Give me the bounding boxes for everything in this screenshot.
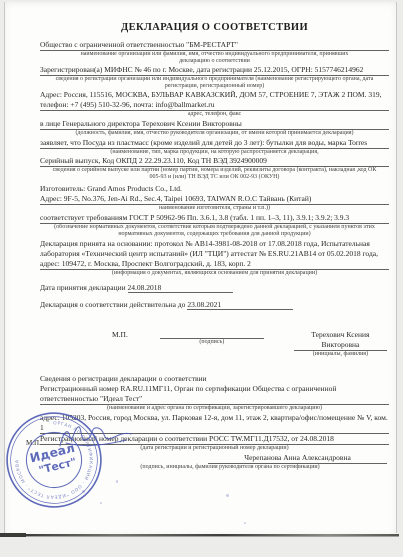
cert-org-value: Регистрационный номер RA.RU.11МГ11, Орга… [40, 384, 389, 405]
field-cert-org: Регистрационный номер RA.RU.11МГ11, Орга… [40, 384, 389, 412]
document-page: ДЕКЛАРАЦИЯ О СООТВЕТСТВИИ Общество с огр… [4, 2, 397, 536]
scan-edge-right [396, 2, 397, 533]
reg-section-heading: Сведения о регистрации декларации о соот… [40, 374, 389, 384]
field-product: заявляет, что Посуда из пластмасс (кроме… [40, 138, 389, 156]
address-value: Адрес: Россия, 115516, МОСКВА, БУЛЬВАР К… [40, 90, 389, 111]
signature-row: М.П. (подпись) Терехович Ксения Викторов… [40, 330, 389, 359]
serial-caption: сведения о серийном выпуске или партии (… [50, 167, 380, 180]
signature-field: (подпись) [160, 330, 264, 347]
scan-edge-corner [0, 533, 26, 537]
signature-caption: (подпись) [160, 339, 264, 346]
applicant-caption: наименование организации или фамилия, им… [74, 51, 356, 64]
field-standards: соответствует требованиям ГОСТ Р 50962-9… [40, 213, 389, 237]
field-applicant: Общество с ограниченной ответственностью… [40, 40, 389, 64]
signature-line [160, 330, 264, 339]
manufacturer-line1: Изготовитель: Grand Amos Products Co., L… [40, 184, 389, 194]
signer-name: Терехович Ксения Викторовна [294, 330, 387, 351]
basis-caption: (информация о документах, являющихся осн… [50, 270, 380, 277]
standards-caption: (обозначение нормативных документов, соо… [50, 224, 380, 237]
ink-speck [226, 494, 229, 497]
field-serial: Серийный выпуск, Код ОКПД 2 22.29.23.110… [40, 156, 389, 180]
registration-caption: сведения о регистрации организации или и… [50, 76, 380, 89]
serial-value: Серийный выпуск, Код ОКПД 2 22.29.23.110… [40, 156, 389, 167]
field-registration: Зарегистрирован(а) МИФНС № 46 по г. Моск… [40, 65, 389, 89]
manufacturer-caption: наименование изготовителя, страны и т.п.… [50, 205, 380, 212]
scan-edge-bottom-shadow [6, 536, 399, 537]
director-caption: (должность, фамилия, имя, отчество руков… [50, 130, 380, 137]
registration-value: Зарегистрирован(а) МИФНС № 46 по г. Моск… [40, 65, 389, 76]
field-basis: Декларация принята на основании: протоко… [40, 239, 389, 277]
validity-value: 23.08.2021 [187, 300, 293, 310]
validity-label: Декларация о соответствии действительна … [40, 300, 185, 309]
ink-speck [100, 502, 102, 504]
ink-speck [244, 522, 246, 524]
validity-row: Декларация о соответствии действительна … [40, 300, 389, 310]
adoption-date-value: 24.08.2018 [128, 283, 234, 293]
director-value: в лице Генерального директора Терехович … [40, 119, 389, 130]
adoption-date-row: Дата принятия декларации 24.08.2018 [40, 283, 389, 293]
cert-head-caption: (подпись, инициалы, фамилия руководителя… [100, 464, 360, 471]
field-address: Адрес: Россия, 115516, МОСКВА, БУЛЬВАР К… [40, 90, 389, 118]
scan-edge-left [4, 2, 5, 533]
product-caption: (наименование, тип, марка продукции, на … [50, 149, 380, 156]
product-value: заявляет, что Посуда из пластмасс (кроме… [40, 138, 389, 149]
ink-speck [82, 490, 85, 493]
ink-speck [116, 480, 118, 483]
standards-value: соответствует требованиям ГОСТ Р 50962-9… [40, 213, 389, 224]
manufacturer-line2: Адрес: 9F-5, No.376, Jen-Ai Rd., Sec.4, … [40, 194, 389, 205]
applicant-value: Общество с ограниченной ответственностью… [40, 40, 389, 51]
document-content: ДЕКЛАРАЦИЯ О СООТВЕТСТВИИ Общество с огр… [4, 2, 397, 470]
handwritten-signature-icon [56, 421, 136, 453]
field-manufacturer: Изготовитель: Grand Amos Products Co., L… [40, 184, 389, 212]
adoption-date-label: Дата принятия декларации [40, 283, 126, 292]
signer-name-field: Терехович Ксения Викторовна (инициалы, ф… [294, 330, 387, 359]
field-director: в лице Генерального директора Терехович … [40, 119, 389, 137]
page-title: ДЕКЛАРАЦИЯ О СООТВЕТСТВИИ [40, 22, 389, 33]
mp-label: М.П. [112, 330, 128, 339]
cert-head-name: Черепанова Анна Александровна [208, 453, 387, 464]
address-caption: адрес, телефон, факс [50, 111, 380, 118]
basis-value: Декларация принята на основании: протоко… [40, 239, 389, 270]
scanned-document: ДЕКЛАРАЦИЯ О СООТВЕТСТВИИ Общество с огр… [0, 0, 403, 557]
signer-name-caption: (инициалы, фамилия) [294, 351, 387, 358]
